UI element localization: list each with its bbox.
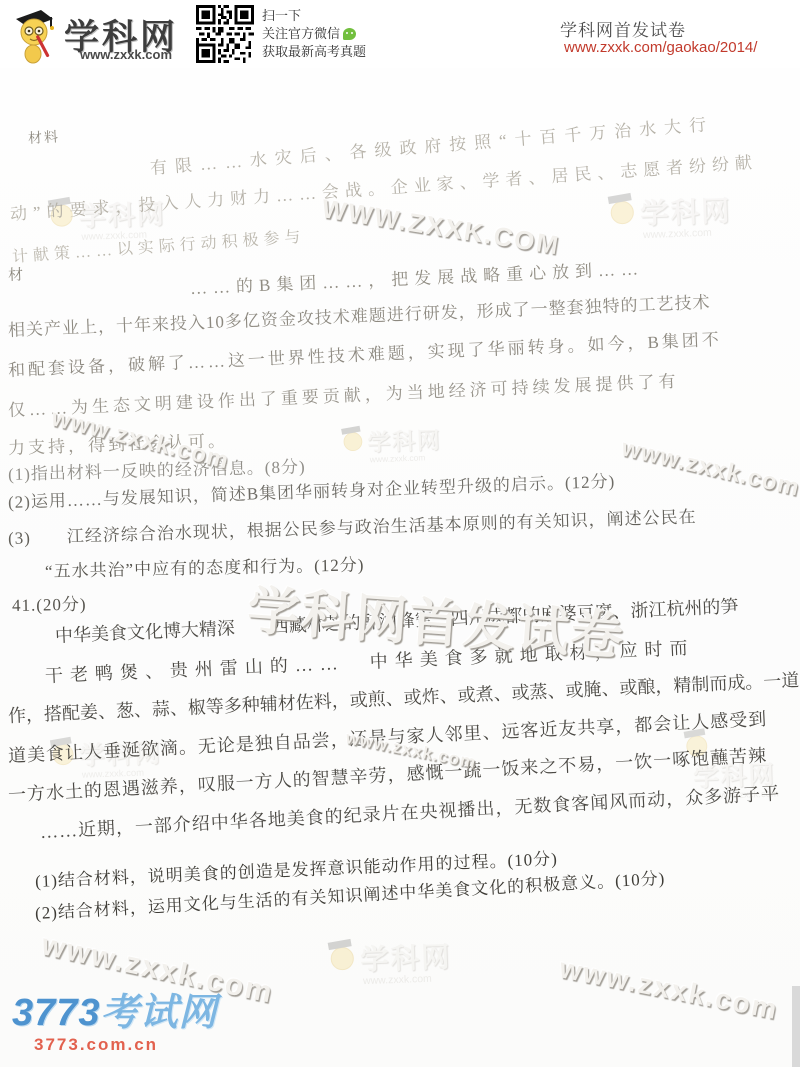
watermark-mascot-icon <box>610 200 634 224</box>
scan-text-line: 41.(20分) <box>12 590 87 616</box>
scan-text-line: 材 <box>8 263 24 285</box>
qr-code <box>196 5 254 63</box>
3773-site-url: 3773.com.cn <box>34 1035 218 1055</box>
header-link[interactable]: www.zxxk.com/gaokao/2014/ <box>564 39 757 56</box>
page: 学科网 www.zxxk.com <box>0 0 800 1067</box>
watermark-mascot-icon <box>330 946 354 970</box>
watermark-logo-label: 学科网 <box>367 422 442 458</box>
3773-number: 3773 <box>12 992 101 1034</box>
watermark-text: WWW.ZXXK.COM <box>320 193 563 261</box>
3773-site-name: 3773考试网 <box>12 993 218 1033</box>
qr-caption-1: 扫一下 <box>262 7 366 25</box>
watermark-mascot-icon <box>343 432 362 451</box>
watermark-logo: 学科网www.zxxk.com <box>610 188 732 243</box>
zxxk-mascot-icon <box>8 4 64 71</box>
site-header: 学科网 www.zxxk.com <box>0 0 800 68</box>
wechat-icon <box>343 28 356 40</box>
watermark-logo-label: 学科网 <box>639 188 732 232</box>
scan-text-line: 材料 <box>27 126 60 148</box>
watermark-text: www.zxxk.com <box>557 952 781 1026</box>
scan-edge-shadow <box>792 986 800 1067</box>
3773-site-logo[interactable]: 3773考试网 3773.com.cn <box>12 993 218 1055</box>
header-title: 学科网首发试卷 <box>560 16 686 41</box>
3773-cn: 考试网 <box>101 992 218 1034</box>
watermark-logo: 学科网www.zxxk.com <box>330 934 452 989</box>
qr-caption-3: 获取最新高考真题 <box>262 43 366 61</box>
qr-captions: 扫一下 关注官方微信 获取最新高考真题 <box>262 7 366 61</box>
brand-url[interactable]: www.zxxk.com <box>80 47 172 62</box>
qr-caption-2: 关注官方微信 <box>262 25 366 43</box>
watermark-text: www.zxxk.com <box>619 434 800 502</box>
watermark-logo: 学科网www.zxxk.com <box>343 422 442 466</box>
scanned-exam-page: 学科网www.zxxk.com学科网www.zxxk.com学科网www.zxx… <box>0 68 800 1067</box>
watermark-logo-label: 学科网 <box>359 934 452 978</box>
